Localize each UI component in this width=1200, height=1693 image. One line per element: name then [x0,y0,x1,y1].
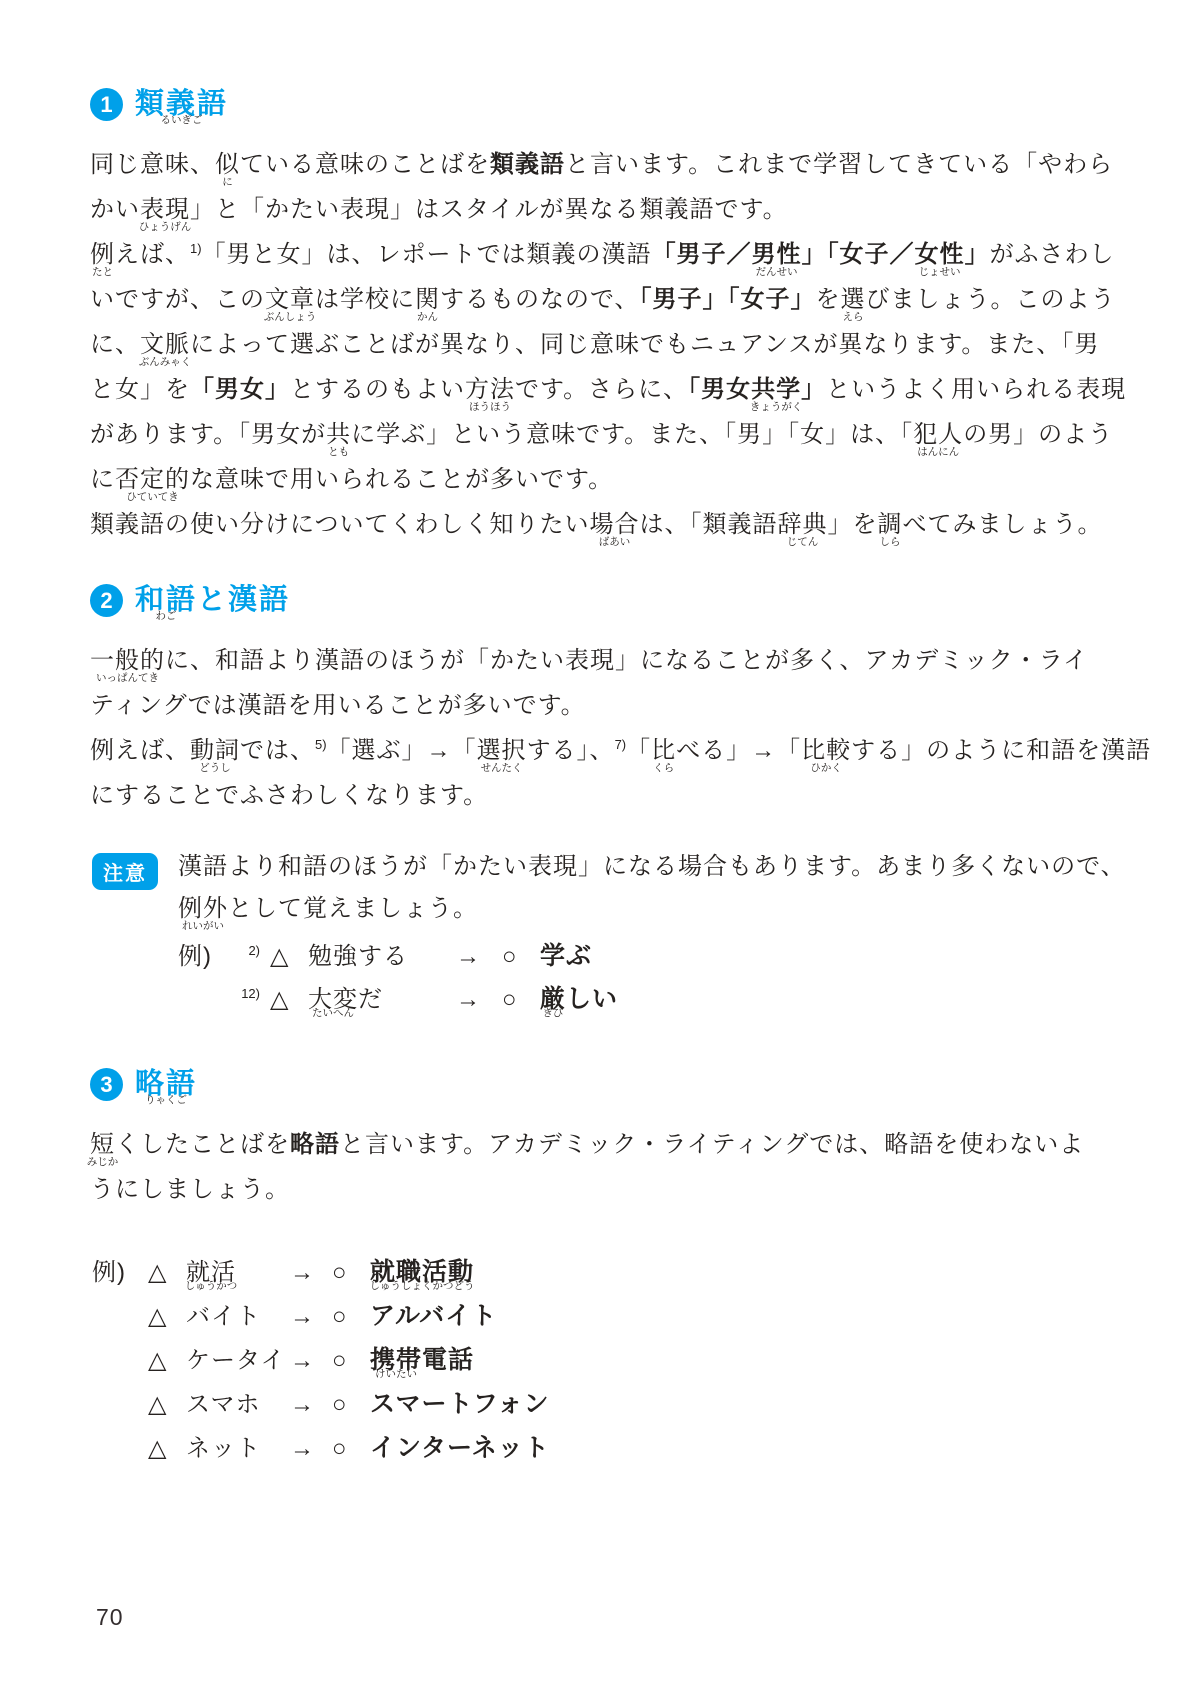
section-ryakugo: 3 略語りゃくご 短みじかくしたことばを略語と言います。アカデミック・ライティン… [90,1066,1135,1218]
triangle-marker: △ [148,1258,186,1287]
example-label: 例) [178,936,228,971]
circle-marker: ○ [502,986,540,1014]
circle-marker: ○ [332,1347,370,1375]
note-badge: 注意 [92,853,158,890]
text-run: 「女子／ [827,241,915,268]
text-line: 略語りゃくご [135,1066,197,1102]
section-heading: 2 和語わごと漢語 [90,582,1135,634]
section-title: 和語わごと漢語 [135,582,290,618]
arrow-icon: → [290,1259,332,1287]
circle-marker: ○ [332,1303,370,1331]
text-run: インターネット [370,1434,550,1462]
formal-term: 学ぶ [540,936,592,972]
text-run: があります。「男女が [90,421,326,448]
furigana: きび [543,1008,564,1019]
section-number-badge: 2 [90,584,123,617]
text-run: 」 [965,241,990,268]
text-line: 同じ意味、似にている意味のことばを類義語と言います。これまで学習してきている「や… [90,148,1135,193]
ruby-word: 一般的いっぱんてき [90,644,165,678]
section-title: 類義語るいぎご [135,86,228,122]
paragraph: 一般的いっぱんてきに、和語より漢語のほうが「かたい表現」になることが多く、アカデ… [90,644,1135,824]
text-line: があります。「男女が共ともに学ぶ」という意味です。また、「男」「女」は、「犯人は… [90,418,1135,463]
ruby-word: 比較ひかく [801,734,851,768]
informal-term: 大変たいへんだ [308,979,456,1014]
formal-term: 厳きびしい [540,979,618,1015]
furigana: だんせい [756,267,798,278]
text-line: に否定的ひていてきな意味で用いられることが多いです。 [90,463,1135,508]
abbreviation-row: △バイト→○アルバイト [92,1296,550,1340]
furigana: えら [843,312,864,323]
ruby-word: 否定的ひていてき [115,463,190,497]
abbreviated-term: ケータイ [186,1340,290,1375]
ruby-word: 文脈ぶんみゃく [140,328,190,362]
text-line: 例外れいがいとして覚えましょう。 [178,892,1126,934]
section-heading: 3 略語りゃくご [90,1066,1135,1118]
abbreviated-term: スマホ [186,1384,290,1419]
text-run: と女」を [90,376,190,403]
text-line: 漢語より和語のほうが「かたい表現」になる場合もあります。あまり多くないので、 [178,850,1126,892]
circle-marker: ○ [332,1391,370,1419]
triangle-marker: △ [270,985,308,1014]
arrow-icon: → [290,1391,332,1419]
text-run: 同じ意味、 [90,151,215,178]
text-run: というよく用いられる表現 [826,376,1126,403]
ruby-word: 共とも [326,418,351,452]
circle-marker: ○ [502,943,540,971]
furigana: せんたく [481,763,523,774]
text-run: スマートフォン [370,1390,550,1418]
text-run: しい [566,985,618,1013]
textbook-page: 1 類義語るいぎご 同じ意味、似にている意味のことばを類義語と言います。これまで… [0,0,1200,1693]
ruby-word: 女性じょせい [915,238,965,272]
furigana: ぶんみゃく [139,357,192,368]
text-run: 」と「かたい表現」はスタイルが異なる類義語です。 [190,196,788,223]
arrow-icon: → [456,943,502,971]
ruby-word: 例たと [90,238,115,272]
text-run: 類義語 [490,151,565,178]
note-box: 注意 漢語より和語のほうが「かたい表現」になる場合もあります。あまり多くないので… [92,850,1137,1022]
furigana: けいたい [375,1369,417,1380]
abbreviation-row: △ケータイ→○携帯けいたい電話 [92,1340,550,1384]
section-heading: 1 類義語るいぎご [90,86,1135,138]
ruby-word: 就活しゅうかつ [186,1252,236,1287]
text-run: 「男女」 [190,376,290,403]
text-run: するものなので、 [440,286,640,313]
abbreviation-row: △スマホ→○スマートフォン [92,1384,550,1428]
text-line: 類義語の使い分けについてくわしく知りたい場合ばあいは、「類義語辞典じてん」を調し… [90,508,1135,553]
text-line: いですが、この文章ぶんしょうは学校に関かんするものなので、「男子」「女子」を選え… [90,283,1135,328]
text-run: 」 [801,376,826,403]
ruby-word: 和語わご [135,582,197,618]
text-run: と漢語 [197,584,290,616]
text-run: 「男子／ [652,241,752,268]
ruby-word: 略語りゃくご [135,1066,197,1102]
full-term: アルバイト [370,1296,497,1332]
furigana: りゃくご [145,1095,187,1106]
triangle-marker: △ [148,1434,186,1463]
furigana: たいへん [312,1008,354,1019]
furigana: どうし [199,763,231,774]
text-line: 類義語るいぎご [135,86,228,122]
section-wago-kango: 2 和語わごと漢語 一般的いっぱんてきに、和語より漢語のほうが「かたい表現」にな… [90,582,1135,824]
abbreviated-term: 就活しゅうかつ [186,1252,290,1287]
text-run: 」 [802,241,827,268]
ruby-word: 厳きび [540,979,566,1015]
text-line: ティングでは漢語を用いることが多いです。 [90,689,1135,734]
ruby-word: 犯人はんにん [913,418,963,452]
text-run: アルバイト [370,1302,497,1330]
reference-number: 1) [190,241,202,256]
text-run: 例えば、 [90,737,190,764]
text-run: として覚えましょう。 [228,895,478,922]
text-run: ティングでは漢語を用いることが多いです。 [90,692,586,719]
furigana: じょせい [919,267,961,278]
triangle-marker: △ [148,1302,186,1331]
text-run: えば、 [115,241,190,268]
section-number-badge: 1 [90,88,123,121]
ruby-word: 大変たいへん [308,979,358,1014]
furigana: ひょうげん [139,222,192,233]
text-run: うにしましょう。 [90,1176,290,1203]
furigana: るいぎご [161,115,203,126]
ruby-word: 例外れいがい [178,892,228,926]
furigana: いっぱんてき [96,673,159,684]
furigana: くら [653,763,674,774]
note-examples: 例)2)△勉強する→○学ぶ12)△大変たいへんだ→○厳きびしい [178,936,1126,1022]
abbreviation-row: △ネット→○インターネット [92,1428,550,1472]
text-run: では、 [240,737,315,764]
furigana: たと [92,267,113,278]
text-run: 勉強する [308,943,408,970]
furigana: ぶんしょう [264,312,317,323]
text-run: だ [358,986,383,1013]
ruby-word: 文章ぶんしょう [265,283,315,317]
full-term: 携帯けいたい電話 [370,1340,474,1376]
text-line: 例えば、動詞どうしでは、5)「選ぶ」→「選択せんたくする」、7)「比くらべる」→… [90,734,1135,779]
text-run: によって選ぶことばが異なり、同じ意味でもニュアンスが異なります。また、「男 [190,331,1099,358]
furigana: ひかく [810,763,842,774]
furigana: かん [417,312,438,323]
section-number-badge: 3 [90,1068,123,1101]
text-run: を [816,286,841,313]
text-run: な意味で用いられることが多いです。 [190,466,613,493]
reference-number: 7) [615,737,627,752]
furigana: わご [156,611,177,622]
furigana: はんにん [917,447,959,458]
ruby-word: 男性だんせい [752,238,802,272]
reference-number: 5) [315,737,327,752]
furigana: に [222,177,233,188]
ruby-word: 共学きょうがく [751,373,801,407]
text-run: 学ぶ [540,942,592,970]
arrow-icon: → [456,986,502,1014]
example-label: 例) [92,1252,148,1287]
abbreviated-term: バイト [186,1296,290,1331]
abbreviated-term: ネット [186,1428,290,1463]
page-number: 70 [96,1604,124,1631]
ruby-word: 比くら [651,734,676,768]
furigana: ばあい [599,537,631,548]
arrow-icon: → [290,1347,332,1375]
ruby-word: 辞典じてん [778,508,828,542]
text-run: に、和語より漢語のほうが「かたい表現」になることが多く、アカデミック・ライ [165,647,1088,674]
circle-marker: ○ [332,1435,370,1463]
text-run: する」のように和語を漢語 [851,737,1151,764]
text-run: と言います。これまで学習してきている「やわら [565,151,1113,178]
triangle-marker: △ [270,942,308,971]
text-run: の男」のよう [963,421,1113,448]
furigana: しゅうかつ [185,1281,238,1292]
full-term: 就職活動しゅうしょくかつどう [370,1252,474,1288]
text-run: にすることでふさわしくなります。 [90,782,488,809]
text-run: ネット [186,1435,261,1462]
furigana: しら [880,537,901,548]
text-line: にすることでふさわしくなります。 [90,779,1135,824]
text-run: とするのもよい [290,376,465,403]
text-run: 「男女 [688,376,751,403]
ruby-word: 携帯けいたい [370,1340,422,1376]
furigana: きょうがく [750,402,803,413]
text-run: は学校に [315,286,415,313]
reference-number: 2) [228,943,270,958]
text-run: べてみましょう。 [903,511,1103,538]
paragraph: 同じ意味、似にている意味のことばを類義語と言います。これまで学習してきている「や… [90,148,1135,553]
text-run: スマホ [186,1391,261,1418]
text-line: 例たとえば、1)「男と女」は、レポートでは類義の漢語「男子／男性だんせい」「女子… [90,238,1135,283]
text-run: に、 [90,331,140,358]
ruby-word: 短みじか [90,1128,115,1162]
text-run: 略語 [290,1131,340,1158]
ruby-word: 似に [215,148,240,182]
text-run: ている意味のことばを [240,151,490,178]
text-line: 短みじかくしたことばを略語と言います。アカデミック・ライティングでは、略語を使わ… [90,1128,1135,1173]
text-run: ケータイ [186,1347,286,1374]
section-ruigigo: 1 類義語るいぎご 同じ意味、似にている意味のことばを類義語と言います。これまで… [90,86,1135,553]
ruby-word: 選えら [841,283,866,317]
furigana: みじか [87,1157,119,1168]
furigana: しゅうしょくかつどう [370,1281,475,1292]
reference-number: 12) [228,986,270,1001]
text-run: 「男子」「女子」 [640,286,816,313]
text-line: に、文脈ぶんみゃくによって選ぶことばが異なり、同じ意味でもニュアンスが異なります… [90,328,1135,373]
text-line: かい表現ひょうげん」と「かたい表現」はスタイルが異なる類義語です。 [90,193,1135,238]
text-line: うにしましょう。 [90,1173,1135,1218]
text-run: に [90,466,115,493]
note-example-row: 例)2)△勉強する→○学ぶ [178,936,1126,979]
circle-marker: ○ [332,1259,370,1287]
text-run: 電話 [422,1346,474,1374]
text-run: 類義語の使い分けについてくわしく知りたい [90,511,590,538]
furigana: とも [328,447,349,458]
ruby-word: 関かん [415,283,440,317]
triangle-marker: △ [148,1390,186,1419]
note-body: 漢語より和語のほうが「かたい表現」になる場合もあります。あまり多くないので、例外… [178,850,1126,1022]
section-title: 略語りゃくご [135,1066,197,1102]
ruby-word: 類義語るいぎご [135,86,228,122]
text-run: に学ぶ」という意味です。また、「男」「女」は、「 [351,421,913,448]
full-term: スマートフォン [370,1384,550,1420]
furigana: じてん [787,537,819,548]
ruby-word: 選択せんたく [477,734,527,768]
ruby-word: 場合ばあい [590,508,640,542]
ruby-word: 動詞どうし [190,734,240,768]
ruby-word: 表現ひょうげん [140,193,190,227]
text-run: びましょう。このよう [866,286,1116,313]
text-line: と女」を「男女」とするのもよい方法ほうほうです。さらに、「男女共学きょうがく」と… [90,373,1135,418]
text-line: 一般的いっぱんてきに、和語より漢語のほうが「かたい表現」になることが多く、アカデ… [90,644,1135,689]
text-run: バイト [186,1303,261,1330]
abbreviation-examples: 例)△就活しゅうかつ→○就職活動しゅうしょくかつどう△バイト→○アルバイト△ケー… [92,1252,550,1472]
abbreviation-row: 例)△就活しゅうかつ→○就職活動しゅうしょくかつどう [92,1252,550,1296]
text-run: 漢語より和語のほうが「かたい表現」になる場合もあります。あまり多くないので、 [178,853,1126,880]
text-line: 和語わごと漢語 [135,582,290,618]
furigana: れいがい [182,921,224,932]
text-run: と言います。アカデミック・ライティングでは、略語を使わないよ [340,1131,1084,1158]
text-run: かい [90,196,140,223]
ruby-word: 就職活動しゅうしょくかつどう [370,1252,474,1288]
text-run: 「 [626,737,651,764]
arrow-icon: → [290,1435,332,1463]
paragraph: 短みじかくしたことばを略語と言います。アカデミック・ライティングでは、略語を使わ… [90,1128,1135,1218]
triangle-marker: △ [148,1346,186,1375]
text-run: 」を [828,511,878,538]
text-run: いですが、この [90,286,265,313]
ruby-word: 方法ほうほう [465,373,515,407]
furigana: ほうほう [469,402,511,413]
furigana: ひていてき [126,492,179,503]
text-run: です。さらに、 [515,376,688,403]
note-text: 漢語より和語のほうが「かたい表現」になる場合もあります。あまり多くないので、例外… [178,850,1126,934]
full-term: インターネット [370,1428,550,1464]
text-run: 「男と女」は、レポートでは類義の漢語 [202,241,652,268]
informal-term: 勉強する [308,936,456,971]
text-run: くしたことばを [115,1131,290,1158]
text-run: する」、 [527,737,615,764]
ruby-word: 調しら [878,508,903,542]
text-run: がふさわし [990,241,1115,268]
arrow-icon: → [290,1303,332,1331]
note-example-row: 12)△大変たいへんだ→○厳きびしい [178,979,1126,1022]
text-run: は、「類義語 [640,511,778,538]
text-run: べる」→「 [676,737,801,764]
text-run: 「選ぶ」→「 [327,737,477,764]
